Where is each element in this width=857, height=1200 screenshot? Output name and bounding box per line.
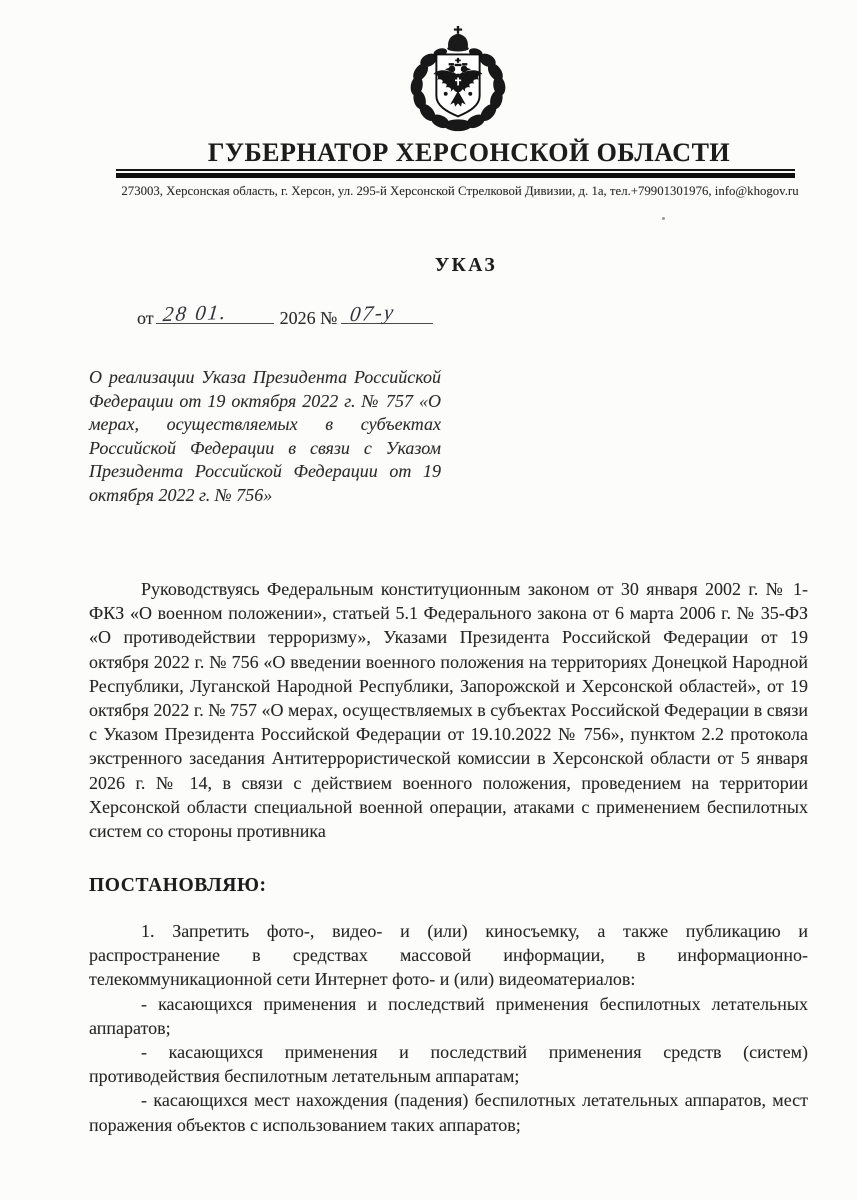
resolve-heading: ПОСТАНОВЛЯЮ: xyxy=(89,875,267,897)
divider-thick-line xyxy=(116,173,795,178)
scan-speck xyxy=(662,217,665,220)
document-page: ГУБЕРНАТОР ХЕРСОНСКОЙ ОБЛАСТИ 273003, Хе… xyxy=(0,0,857,1200)
order-item-1: 1. Запретить фото-, видео- и (или) кинос… xyxy=(89,919,808,992)
subject-block: О реализации Указа Президента Российской… xyxy=(89,366,441,507)
date-blank-field: 28 01. xyxy=(156,299,274,324)
year-number-label: 2026 № xyxy=(280,308,338,328)
letterhead-address: 273003, Херсонская область, г. Херсон, у… xyxy=(79,184,841,199)
order-item-4: - касающихся мест нахождения (падения) б… xyxy=(89,1088,808,1136)
date-prefix-label: от xyxy=(137,308,154,328)
letterhead-divider xyxy=(116,169,795,178)
order-item-2: - касающихся применения и последствий пр… xyxy=(89,992,808,1040)
document-type-heading: УКАЗ xyxy=(100,255,832,277)
coat-of-arms-icon xyxy=(399,24,517,138)
divider-thin-line xyxy=(116,169,795,171)
date-line: от28 01.2026 №07-у xyxy=(137,299,433,329)
preamble-paragraph: Руководствуясь Федеральным конституционн… xyxy=(89,577,808,843)
handwritten-date: 28 01. xyxy=(161,300,228,327)
order-items: 1. Запретить фото-, видео- и (или) кинос… xyxy=(89,919,808,1137)
handwritten-number: 07-у xyxy=(349,300,397,328)
number-blank-field: 07-у xyxy=(341,299,433,324)
order-item-3: - касающихся применения и последствий пр… xyxy=(89,1040,808,1088)
letterhead-title: ГУБЕРНАТОР ХЕРСОНСКОЙ ОБЛАСТИ xyxy=(79,138,857,168)
